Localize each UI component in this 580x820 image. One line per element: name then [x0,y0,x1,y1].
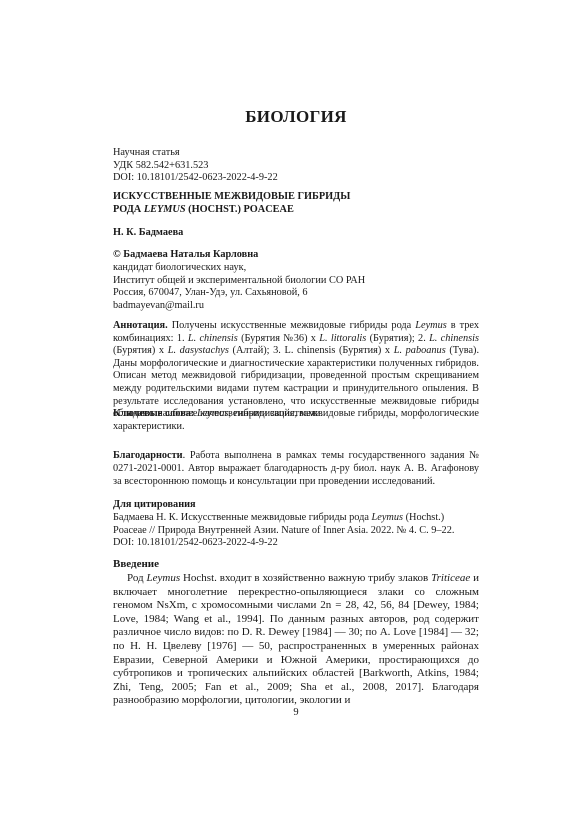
author-short: Н. К. Бадмаева [113,227,183,238]
author-address: Россия, 670047, Улан-Удэ, ул. Сахьяновой… [113,287,365,300]
abstract-label: Аннотация. [113,320,168,331]
citation: Для цитирования Бадмаева Н. К. Искусстве… [113,499,479,550]
acknowledgements-label: Благодарности [113,450,183,461]
acknowledgements: Благодарности. Работа выполнена в рамках… [113,449,479,489]
udc-code: УДК 582.542+631.523 [113,160,278,173]
section-title: БИОЛОГИЯ [113,107,479,127]
abstract: Аннотация. Получены искусственные межвид… [113,320,479,421]
doi[interactable]: DOI: 10.18101/2542-0623-2022-4-9-22 [113,172,278,185]
keywords-label: Ключевые слова: [113,408,194,419]
author-info: © Бадмаева Наталья Карловна кандидат био… [113,249,365,313]
citation-text: Бадмаева Н. К. Искусственные межвидовые … [113,512,479,538]
citation-doi[interactable]: DOI: 10.18101/2542-0623-2022-4-9-22 [113,537,479,550]
citation-heading: Для цитирования [113,499,479,512]
introduction-text: Род Leymus Hochst. входит в хозяйственно… [113,572,479,708]
keywords: Ключевые слова: Leymus, гибридизация, ме… [113,408,479,433]
author-email[interactable]: badmayevan@mail.ru [113,300,365,313]
article-type: Научная статья [113,147,278,160]
introduction-heading: Введение [113,558,159,570]
author-full-name: © Бадмаева Наталья Карловна [113,249,365,262]
author-degree: кандидат биологических наук, [113,262,365,275]
article-title: ИСКУССТВЕННЫЕ МЕЖВИДОВЫЕ ГИБРИДЫ РОДА LE… [113,191,350,217]
article-meta: Научная статья УДК 582.542+631.523 DOI: … [113,147,278,185]
author-institution: Институт общей и экспериментальной биоло… [113,275,365,288]
page-number: 9 [113,707,479,718]
